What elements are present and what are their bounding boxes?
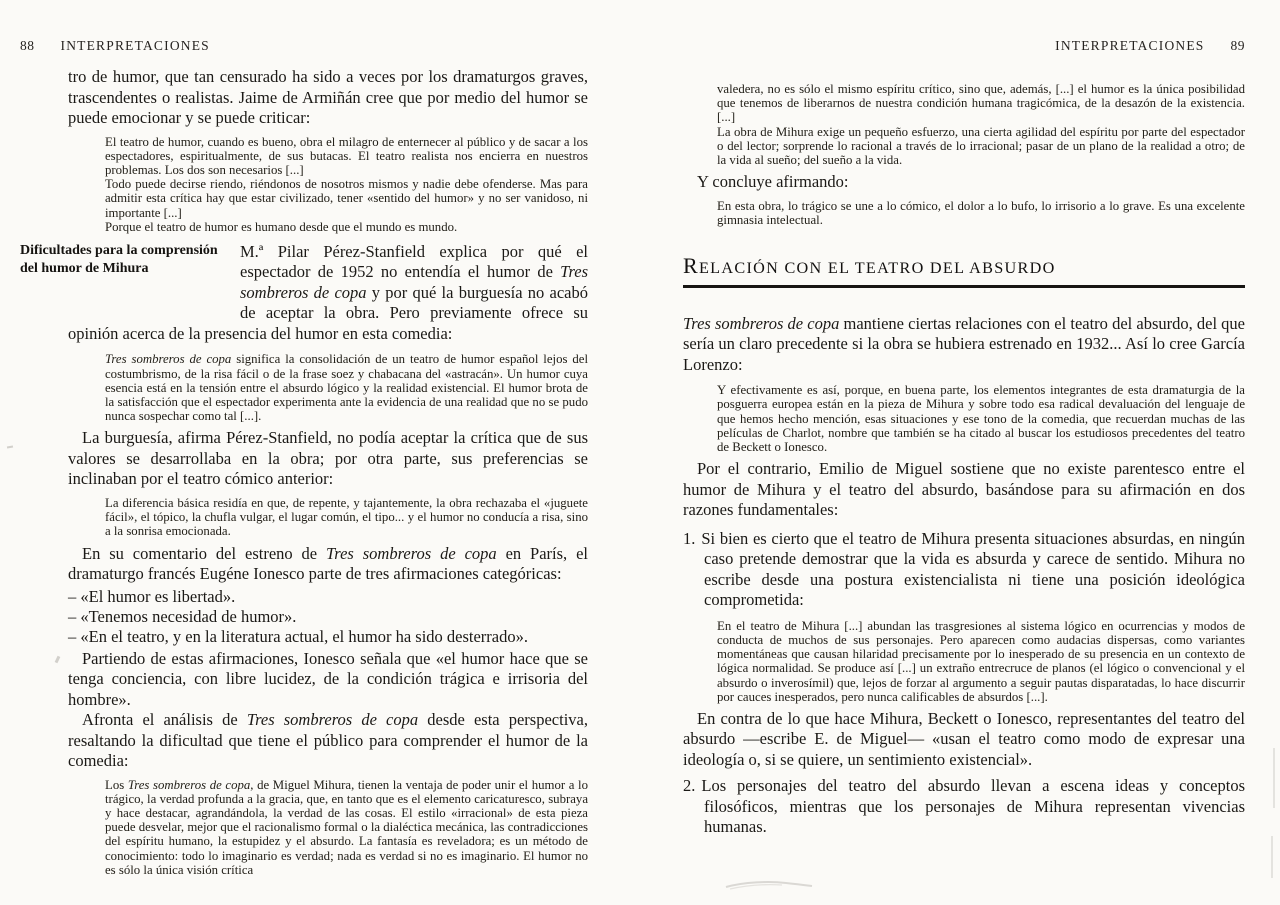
- block-quote-arminan: El teatro de humor, cuando es bueno, obr…: [105, 135, 588, 234]
- item-text: Si bien es cierto que el teatro de Mihur…: [701, 529, 1245, 610]
- item-number: 2.: [683, 776, 701, 795]
- list-item: – «En el teatro, y en la literatura actu…: [68, 627, 588, 647]
- quote-paragraph: Los Tres sombreros de copa, de Miguel Mi…: [105, 778, 588, 877]
- quote-paragraph: En el teatro de Mihura [...] abundan las…: [717, 619, 1245, 704]
- section-title-initial: R: [683, 253, 699, 278]
- numbered-item-1: 1.Si bien es cierto que el teatro de Mih…: [683, 529, 1245, 611]
- quote-paragraph: Todo puede decirse riendo, riéndonos de …: [105, 177, 588, 220]
- quote-paragraph: Y efectivamente es así, porque, en buena…: [717, 383, 1245, 454]
- page-88: 88 INTERPRETACIONES tro de humor, que ta…: [20, 38, 588, 882]
- paragraph-partiendo: Partiendo de estas afirmaciones, Ionesco…: [68, 649, 588, 711]
- quote-paragraph: El teatro de humor, cuando es bueno, obr…: [105, 135, 588, 178]
- section-title: RELACIÓN CON EL TEATRO DEL ABSURDO: [683, 253, 1245, 280]
- paragraph-contrario: Por el contrario, Emilio de Miguel sosti…: [683, 459, 1245, 521]
- list-item: – «Tenemos necesidad de humor».: [68, 607, 588, 627]
- running-head-left: 88 INTERPRETACIONES: [20, 38, 588, 54]
- block-quote-tres-sombreros: Tres sombreros de copa significa la cons…: [105, 352, 588, 423]
- pencil-smudge: [724, 878, 814, 892]
- numbered-item-2: 2.Los personajes del teatro del absurdo …: [683, 776, 1245, 838]
- running-head-title: INTERPRETACIONES: [1055, 38, 1204, 54]
- list-item: – «El humor es libertad».: [68, 587, 588, 607]
- margin-heading: Dificultades para la comprensión del hum…: [20, 242, 226, 304]
- block-quote-ionesco-analisis: Los Tres sombreros de copa, de Miguel Mi…: [105, 778, 588, 877]
- item-number: 1.: [683, 529, 701, 548]
- block-quote-emilio-miguel: En el teatro de Mihura [...] abundan las…: [717, 619, 1245, 704]
- block-quote-diferencia: La diferencia básica residía en que, de …: [105, 496, 588, 539]
- block-quote-gimnasia: En esta obra, lo trágico se une a lo cóm…: [717, 199, 1245, 227]
- paragraph-mantiene: Tres sombreros de copa mantiene ciertas …: [683, 314, 1245, 376]
- paragraph-comentario: En su comentario del estreno de Tres som…: [68, 544, 588, 585]
- block-quote-garcia-lorenzo: Y efectivamente es así, porque, en buena…: [717, 383, 1245, 454]
- scan-speck: [7, 445, 13, 448]
- page-88-content: tro de humor, que tan censurado ha sido …: [20, 67, 588, 877]
- page-number: 89: [1231, 38, 1246, 54]
- paragraph-encontra: En contra de lo que hace Mihura, Beckett…: [683, 709, 1245, 771]
- margin-section: Dificultades para la comprensión del hum…: [68, 242, 588, 345]
- quote-paragraph: Tres sombreros de copa significa la cons…: [105, 352, 588, 423]
- page-89-content: valedera, no es sólo el mismo espíritu c…: [683, 82, 1245, 838]
- paragraph-afronta: Afronta el análisis de Tres sombreros de…: [68, 710, 588, 772]
- quote-paragraph: Porque el teatro de humor es humano desd…: [105, 220, 588, 234]
- paragraph-concluye: Y concluye afirmando:: [683, 172, 1245, 193]
- section-rule: [683, 285, 1245, 288]
- section-heading-relacion: RELACIÓN CON EL TEATRO DEL ABSURDO: [683, 253, 1245, 288]
- paragraph-burguesia: La burguesía, afirma Pérez-Stanfield, no…: [68, 428, 588, 490]
- quote-paragraph: La diferencia básica residía en que, de …: [105, 496, 588, 539]
- item-text: Los personajes del teatro del absurdo ll…: [701, 776, 1245, 836]
- quote-paragraph: En esta obra, lo trágico se une a lo cóm…: [717, 199, 1245, 227]
- scan-streak: [1271, 836, 1273, 878]
- section-title-rest: ELACIÓN CON EL TEATRO DEL ABSURDO: [699, 259, 1056, 277]
- running-head-title: INTERPRETACIONES: [61, 38, 210, 54]
- scan-streak: [1273, 748, 1275, 808]
- quote-paragraph: valedera, no es sólo el mismo espíritu c…: [717, 82, 1245, 125]
- paragraph-continuation: tro de humor, que tan censurado ha sido …: [68, 67, 588, 129]
- quote-paragraph: La obra de Mihura exige un pequeño esfue…: [717, 125, 1245, 168]
- ionesco-statements-list: – «El humor es libertad». – «Tenemos nec…: [68, 587, 588, 647]
- page-89: INTERPRETACIONES 89 valedera, no es sólo…: [683, 38, 1245, 838]
- book-spread: 88 INTERPRETACIONES tro de humor, que ta…: [0, 0, 1280, 905]
- page-number: 88: [20, 38, 35, 54]
- block-quote-valedera: valedera, no es sólo el mismo espíritu c…: [717, 82, 1245, 167]
- running-head-right: INTERPRETACIONES 89: [683, 38, 1245, 54]
